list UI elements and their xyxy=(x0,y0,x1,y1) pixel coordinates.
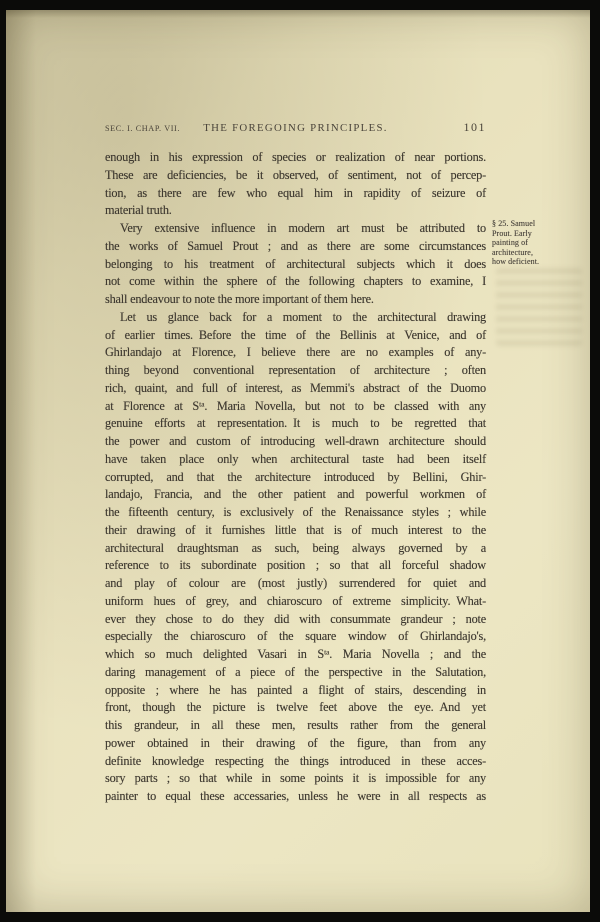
text-line: belonging to his treatment of architectu… xyxy=(105,256,486,274)
text-line: Very extensive influence in modern art m… xyxy=(105,220,486,238)
margin-note-line: Prout. Early xyxy=(492,229,586,239)
text-line: and play of colour are (most justly) sur… xyxy=(105,575,486,593)
text-line: painter to equal these accessaries, unle… xyxy=(105,788,486,806)
text-line: definite knowledge respecting the things… xyxy=(105,753,486,771)
margin-note-line: architecture, xyxy=(492,248,586,258)
text-line: These are deficiencies, be it observed, … xyxy=(105,167,486,185)
margin-note-line: painting of xyxy=(492,238,586,248)
text-line: of earlier times. Before the time of the… xyxy=(105,327,486,345)
text-line: thing beyond conventional representation… xyxy=(105,362,486,380)
header-page-number: 101 xyxy=(391,120,486,135)
text-line: the works of Samuel Prout ; and as there… xyxy=(105,238,486,256)
text-line: front, though the picture is twelve feet… xyxy=(105,699,486,717)
text-line: their drawing of it furnishes little tha… xyxy=(105,522,486,540)
page-text-block: enough in his expression of species or r… xyxy=(105,149,486,806)
show-through-artifact xyxy=(496,268,582,346)
margin-note: § 25. SamuelProut. Earlypainting ofarchi… xyxy=(492,219,586,267)
text-line: Let us glance back for a moment to the a… xyxy=(105,309,486,327)
text-line: enough in his expression of species or r… xyxy=(105,149,486,167)
text-line: the power and custom of introducing well… xyxy=(105,433,486,451)
text-line: opposite ; where he has painted a flight… xyxy=(105,682,486,700)
text-line: tion, as there are few who equal him in … xyxy=(105,185,486,203)
text-line: sory parts ; so that while in some point… xyxy=(105,770,486,788)
margin-note-line: § 25. Samuel xyxy=(492,219,586,229)
text-line: corrupted, and that the architecture int… xyxy=(105,469,486,487)
page-gutter-shadow xyxy=(6,10,36,912)
text-line: daring management of a piece of the pers… xyxy=(105,664,486,682)
header-section-chapter: SEC. I. CHAP. VII. xyxy=(105,124,200,133)
page-top-shadow xyxy=(6,10,590,18)
text-line: ever they chose to do they did with cons… xyxy=(105,611,486,629)
text-line: especially the chiaroscuro of the square… xyxy=(105,628,486,646)
text-line: architectural draughtsman as such, being… xyxy=(105,540,486,558)
text-line: material truth. xyxy=(105,202,486,220)
text-line: reference to its subordinate position ; … xyxy=(105,557,486,575)
text-line: shall endeavour to note the more importa… xyxy=(105,291,486,309)
text-line: have taken place only when architectural… xyxy=(105,451,486,469)
text-line: genuine efforts at representation. It is… xyxy=(105,415,486,433)
text-line: rich, quaint, and full of interest, as M… xyxy=(105,380,486,398)
text-line: which so much delighted Vasari in Sᵗᵃ. M… xyxy=(105,646,486,664)
running-header: SEC. I. CHAP. VII. THE FOREGOING PRINCIP… xyxy=(105,120,486,135)
text-line: uniform hues of grey, and chiaroscuro of… xyxy=(105,593,486,611)
text-line: power obtained in their drawing of the f… xyxy=(105,735,486,753)
text-line: not come within the sphere of the follow… xyxy=(105,273,486,291)
scanned-book-page: SEC. I. CHAP. VII. THE FOREGOING PRINCIP… xyxy=(0,0,600,922)
text-line: at Florence at Sᵗᵃ. Maria Novella, but n… xyxy=(105,398,486,416)
text-line: landajo, Francia, and the other patient … xyxy=(105,486,486,504)
text-line: Ghirlandajo at Florence, I believe there… xyxy=(105,344,486,362)
text-line: the fifteenth century, is exclusively of… xyxy=(105,504,486,522)
header-title: THE FOREGOING PRINCIPLES. xyxy=(200,122,391,134)
margin-note-line: how deficient. xyxy=(492,257,586,267)
text-line: this grandeur, in all these men, results… xyxy=(105,717,486,735)
